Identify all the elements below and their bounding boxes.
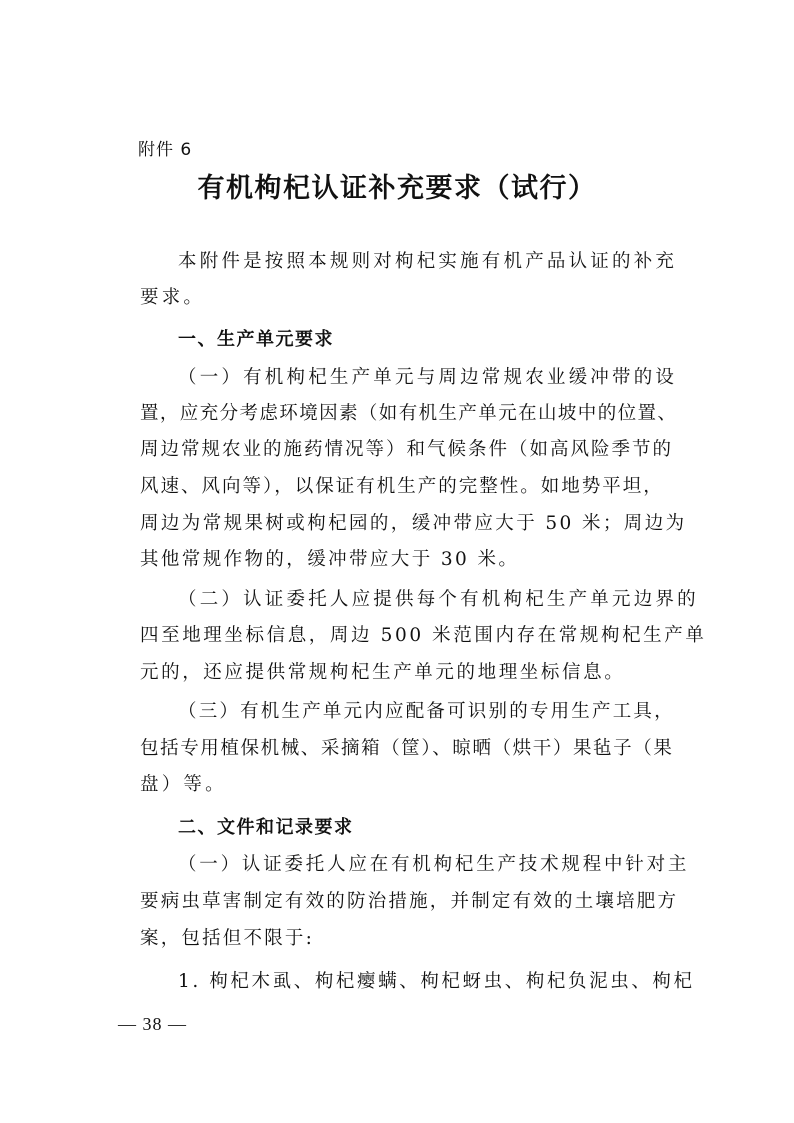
page-title: 有机枸杞认证补充要求（试行） (0, 166, 794, 205)
paragraph-line: 包括专用植保机械、采摘箱（筐）、晾晒（烘干）果毡子（果 (140, 737, 660, 761)
paragraph-line: 要病虫草害制定有效的防治措施，并制定有效的土壤培肥方 (140, 890, 660, 914)
paragraph-line: 盘）等。 (140, 773, 660, 797)
section-heading-2: 二、文件和记录要求 (178, 816, 660, 840)
paragraph-line: 元的，还应提供常规枸杞生产单元的地理坐标信息。 (140, 661, 660, 685)
paragraph-line: 置，应充分考虑环境因素（如有机生产单元在山坡中的位置、 (140, 402, 660, 426)
paragraph-line: （三）有机生产单元内应配备可识别的专用生产工具， (178, 700, 660, 724)
paragraph-line: 其他常规作物的，缓冲带应大于 30 米。 (140, 548, 660, 572)
intro-line-2: 要求。 (140, 286, 660, 310)
paragraph-line: 周边为常规果树或枸杞园的，缓冲带应大于 50 米；周边为 (140, 512, 660, 536)
page-number: — 38 — (118, 1014, 187, 1035)
section-heading-1: 一、生产单元要求 (178, 328, 660, 352)
intro-line-1: 本附件是按照本规则对枸杞实施有机产品认证的补充 (178, 250, 660, 274)
paragraph-line: 四至地理坐标信息，周边 500 米范围内存在常规枸杞生产单 (140, 624, 660, 648)
list-item: 1. 枸杞木虱、枸杞瘿螨、枸杞蚜虫、枸杞负泥虫、枸杞 (178, 970, 660, 994)
paragraph-line: 案，包括但不限于: (140, 927, 660, 951)
paragraph-line: （二）认证委托人应提供每个有机枸杞生产单元边界的 (178, 588, 660, 612)
paragraph-line: （一）有机枸杞生产单元与周边常规农业缓冲带的设 (178, 366, 660, 390)
paragraph-line: 风速、风向等），以保证有机生产的完整性。如地势平坦， (140, 475, 660, 499)
paragraph-line: （一）认证委托人应在有机枸杞生产技术规程中针对主 (178, 853, 660, 877)
attachment-label: 附件 6 (138, 138, 658, 162)
paragraph-line: 周边常规农业的施药情况等）和气候条件（如高风险季节的 (140, 438, 660, 462)
